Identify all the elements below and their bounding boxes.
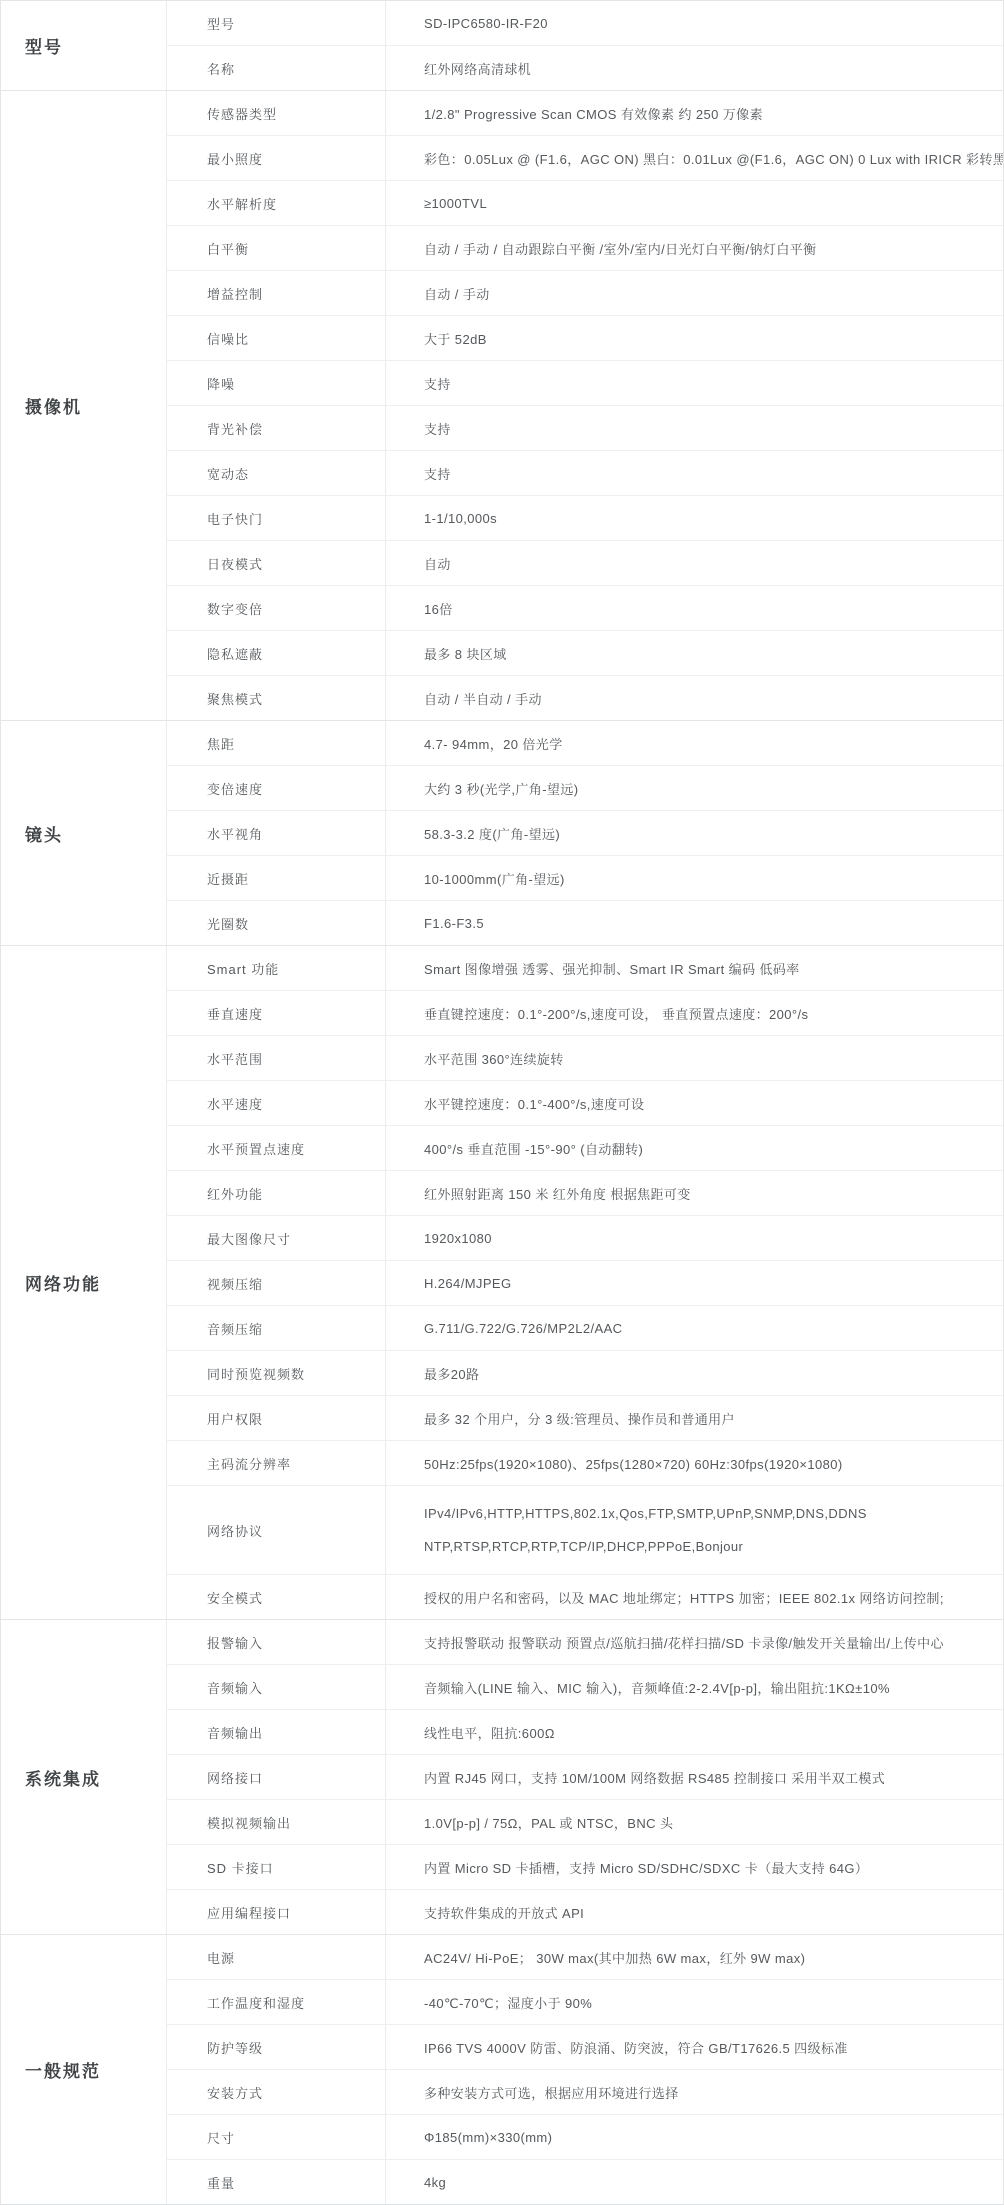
spec-value-cell: 自动 / 手动 [386, 271, 1003, 315]
spec-row: 水平预置点速度400°/s 垂直范围 -15°-90° (自动翻转) [167, 1125, 1003, 1170]
spec-value-cell: 50Hz:25fps(1920×1080)、25fps(1280×720) 60… [386, 1441, 1003, 1485]
spec-label-cell: 音频输入 [167, 1665, 386, 1709]
spec-value-cell: 多种安装方式可选，根据应用环境进行选择 [386, 2070, 1003, 2114]
spec-section: 型号型号SD-IPC6580-IR-F20名称红外网络高清球机 [1, 1, 1003, 90]
spec-label-cell: 重量 [167, 2160, 386, 2204]
spec-label-cell: 传感器类型 [167, 91, 386, 135]
spec-value-cell: 大约 3 秒(光学,广角-望远) [386, 766, 1003, 810]
section-header-cell: 一般规范 [1, 1935, 167, 2204]
section-header-cell: 型号 [1, 1, 167, 90]
spec-row: 视频压缩H.264/MJPEG [167, 1260, 1003, 1305]
spec-section: 一般规范电源AC24V/ Hi-PoE； 30W max(其中加热 6W max… [1, 1934, 1003, 2204]
spec-row: 焦距4.7- 94mm，20 倍光学 [167, 721, 1003, 765]
spec-value-cell: 自动 / 半自动 / 手动 [386, 676, 1003, 720]
spec-row: 近摄距10-1000mm(广角-望远) [167, 855, 1003, 900]
spec-row: 模拟视频输出1.0V[p-p] / 75Ω，PAL 或 NTSC，BNC 头 [167, 1799, 1003, 1844]
spec-row: 背光补偿支持 [167, 405, 1003, 450]
spec-value-cell: Smart 图像增强 透雾、强光抑制、Smart IR Smart 编码 低码率 [386, 946, 1003, 990]
spec-row: 红外功能红外照射距离 150 米 红外角度 根据焦距可变 [167, 1170, 1003, 1215]
spec-section: 镜头焦距4.7- 94mm，20 倍光学变倍速度大约 3 秒(光学,广角-望远)… [1, 720, 1003, 945]
section-header-cell: 镜头 [1, 721, 167, 945]
section-header-cell: 网络功能 [1, 946, 167, 1619]
spec-label-cell: 音频压缩 [167, 1306, 386, 1350]
spec-table: 型号型号SD-IPC6580-IR-F20名称红外网络高清球机摄像机传感器类型1… [0, 0, 1004, 2205]
spec-row: 型号SD-IPC6580-IR-F20 [167, 1, 1003, 45]
spec-row: 工作温度和湿度-40℃-70℃；湿度小于 90% [167, 1979, 1003, 2024]
spec-label-cell: 聚焦模式 [167, 676, 386, 720]
spec-row: 音频输入音频输入(LINE 输入、MIC 输入)，音频峰值:2-2.4V[p-p… [167, 1664, 1003, 1709]
spec-row: 名称红外网络高清球机 [167, 45, 1003, 90]
spec-row: 白平衡自动 / 手动 / 自动跟踪白平衡 /室外/室内/日光灯白平衡/钠灯白平衡 [167, 225, 1003, 270]
spec-value-cell: 内置 Micro SD 卡插槽，支持 Micro SD/SDHC/SDXC 卡（… [386, 1845, 1003, 1889]
spec-value-cell: 最多20路 [386, 1351, 1003, 1395]
section-rows: 传感器类型1/2.8" Progressive Scan CMOS 有效像素 约… [167, 91, 1003, 720]
spec-section: 系统集成报警输入支持报警联动 报警联动 预置点/巡航扫描/花样扫描/SD 卡录像… [1, 1619, 1003, 1934]
spec-label-cell: 音频输出 [167, 1710, 386, 1754]
spec-label-cell: 安全模式 [167, 1575, 386, 1619]
spec-label-cell: 白平衡 [167, 226, 386, 270]
spec-row: 信噪比大于 52dB [167, 315, 1003, 360]
spec-value-cell: -40℃-70℃；湿度小于 90% [386, 1980, 1003, 2024]
spec-value-cell: 内置 RJ45 网口，支持 10M/100M 网络数据 RS485 控制接口 采… [386, 1755, 1003, 1799]
spec-label-cell: 工作温度和湿度 [167, 1980, 386, 2024]
spec-label-cell: 安装方式 [167, 2070, 386, 2114]
spec-value-cell: 自动 [386, 541, 1003, 585]
spec-row: 水平解析度≥1000TVL [167, 180, 1003, 225]
spec-value-cell: F1.6-F3.5 [386, 901, 1003, 945]
spec-label-cell: 隐私遮蔽 [167, 631, 386, 675]
spec-row: 水平视角58.3-3.2 度(广角-望远) [167, 810, 1003, 855]
spec-row: 传感器类型1/2.8" Progressive Scan CMOS 有效像素 约… [167, 91, 1003, 135]
spec-label-cell: 电源 [167, 1935, 386, 1979]
spec-row: 最小照度彩色：0.05Lux @ (F1.6，AGC ON) 黑白：0.01Lu… [167, 135, 1003, 180]
section-rows: Smart 功能Smart 图像增强 透雾、强光抑制、Smart IR Smar… [167, 946, 1003, 1619]
spec-value-cell: H.264/MJPEG [386, 1261, 1003, 1305]
spec-value-cell: ≥1000TVL [386, 181, 1003, 225]
spec-row: 音频压缩G.711/G.722/G.726/MP2L2/AAC [167, 1305, 1003, 1350]
spec-value-cell: 最多 32 个用户，分 3 级:管理员、操作员和普通用户 [386, 1396, 1003, 1440]
spec-row: 最大图像尺寸1920x1080 [167, 1215, 1003, 1260]
spec-value-cell: SD-IPC6580-IR-F20 [386, 1, 1003, 45]
spec-row: 数字变倍16倍 [167, 585, 1003, 630]
spec-row: 报警输入支持报警联动 报警联动 预置点/巡航扫描/花样扫描/SD 卡录像/触发开… [167, 1620, 1003, 1664]
spec-value-cell: 1920x1080 [386, 1216, 1003, 1260]
spec-row: 尺寸Φ185(mm)×330(mm) [167, 2114, 1003, 2159]
spec-value-cell: 自动 / 手动 / 自动跟踪白平衡 /室外/室内/日光灯白平衡/钠灯白平衡 [386, 226, 1003, 270]
spec-value-cell: 彩色：0.05Lux @ (F1.6，AGC ON) 黑白：0.01Lux @(… [386, 136, 1003, 180]
section-header-cell: 系统集成 [1, 1620, 167, 1934]
spec-value-cell: 音频输入(LINE 输入、MIC 输入)，音频峰值:2-2.4V[p-p]，输出… [386, 1665, 1003, 1709]
spec-value-cell: 红外网络高清球机 [386, 46, 1003, 90]
spec-label-cell: 宽动态 [167, 451, 386, 495]
section-header-cell: 摄像机 [1, 91, 167, 720]
spec-value-cell: 红外照射距离 150 米 红外角度 根据焦距可变 [386, 1171, 1003, 1215]
spec-row: 主码流分辨率50Hz:25fps(1920×1080)、25fps(1280×7… [167, 1440, 1003, 1485]
spec-label-cell: 最大图像尺寸 [167, 1216, 386, 1260]
spec-value-cell: 4kg [386, 2160, 1003, 2204]
spec-row: 音频输出线性电平，阻抗:600Ω [167, 1709, 1003, 1754]
spec-row: SD 卡接口内置 Micro SD 卡插槽，支持 Micro SD/SDHC/S… [167, 1844, 1003, 1889]
spec-value-line: NTP,RTSP,RTCP,RTP,TCP/IP,DHCP,PPPoE,Bonj… [424, 1530, 1001, 1563]
spec-value-cell: 水平范围 360°连续旋转 [386, 1036, 1003, 1080]
spec-label-cell: 防护等级 [167, 2025, 386, 2069]
spec-row: 用户权限最多 32 个用户，分 3 级:管理员、操作员和普通用户 [167, 1395, 1003, 1440]
spec-label-cell: Smart 功能 [167, 946, 386, 990]
spec-row: 应用编程接口支持软件集成的开放式 API [167, 1889, 1003, 1934]
spec-value-cell: Φ185(mm)×330(mm) [386, 2115, 1003, 2159]
spec-value-line: IPv4/IPv6,HTTP,HTTPS,802.1x,Qos,FTP,SMTP… [424, 1497, 1001, 1530]
spec-value-cell: 最多 8 块区域 [386, 631, 1003, 675]
spec-row: 网络协议IPv4/IPv6,HTTP,HTTPS,802.1x,Qos,FTP,… [167, 1485, 1003, 1574]
spec-row: 水平速度水平键控速度：0.1°-400°/s,速度可设 [167, 1080, 1003, 1125]
spec-value-cell: 支持软件集成的开放式 API [386, 1890, 1003, 1934]
spec-label-cell: 水平解析度 [167, 181, 386, 225]
spec-value-cell: 水平键控速度：0.1°-400°/s,速度可设 [386, 1081, 1003, 1125]
spec-value-cell: G.711/G.722/G.726/MP2L2/AAC [386, 1306, 1003, 1350]
spec-label-cell: 型号 [167, 1, 386, 45]
spec-value-cell: 16倍 [386, 586, 1003, 630]
spec-label-cell: SD 卡接口 [167, 1845, 386, 1889]
spec-value-cell: 大于 52dB [386, 316, 1003, 360]
spec-label-cell: 水平预置点速度 [167, 1126, 386, 1170]
spec-row: 电源AC24V/ Hi-PoE； 30W max(其中加热 6W max，红外 … [167, 1935, 1003, 1979]
spec-row: 宽动态支持 [167, 450, 1003, 495]
spec-value-cell: 1.0V[p-p] / 75Ω，PAL 或 NTSC，BNC 头 [386, 1800, 1003, 1844]
spec-row: 网络接口内置 RJ45 网口，支持 10M/100M 网络数据 RS485 控制… [167, 1754, 1003, 1799]
spec-label-cell: 变倍速度 [167, 766, 386, 810]
spec-value-cell: 1/2.8" Progressive Scan CMOS 有效像素 约 250 … [386, 91, 1003, 135]
spec-row: 电子快门1-1/10,000s [167, 495, 1003, 540]
spec-label-cell: 名称 [167, 46, 386, 90]
spec-value-cell: 支持报警联动 报警联动 预置点/巡航扫描/花样扫描/SD 卡录像/触发开关量输出… [386, 1620, 1003, 1664]
spec-value-cell: 400°/s 垂直范围 -15°-90° (自动翻转) [386, 1126, 1003, 1170]
spec-label-cell: 水平速度 [167, 1081, 386, 1125]
spec-value-cell: 支持 [386, 406, 1003, 450]
spec-row: 隐私遮蔽最多 8 块区域 [167, 630, 1003, 675]
spec-row: 水平范围水平范围 360°连续旋转 [167, 1035, 1003, 1080]
spec-row: 重量4kg [167, 2159, 1003, 2204]
spec-row: 聚焦模式自动 / 半自动 / 手动 [167, 675, 1003, 720]
spec-label-cell: 尺寸 [167, 2115, 386, 2159]
spec-value-cell: 1-1/10,000s [386, 496, 1003, 540]
spec-value-cell: 支持 [386, 361, 1003, 405]
spec-label-cell: 近摄距 [167, 856, 386, 900]
spec-row: 同时预览视频数最多20路 [167, 1350, 1003, 1395]
spec-label-cell: 同时预览视频数 [167, 1351, 386, 1395]
spec-label-cell: 红外功能 [167, 1171, 386, 1215]
spec-value-cell: AC24V/ Hi-PoE； 30W max(其中加热 6W max，红外 9W… [386, 1935, 1003, 1979]
spec-value-cell: 4.7- 94mm，20 倍光学 [386, 721, 1003, 765]
spec-section: 网络功能Smart 功能Smart 图像增强 透雾、强光抑制、Smart IR … [1, 945, 1003, 1619]
spec-value-cell: 58.3-3.2 度(广角-望远) [386, 811, 1003, 855]
spec-label-cell: 背光补偿 [167, 406, 386, 450]
spec-label-cell: 报警输入 [167, 1620, 386, 1664]
section-rows: 焦距4.7- 94mm，20 倍光学变倍速度大约 3 秒(光学,广角-望远)水平… [167, 721, 1003, 945]
section-rows: 报警输入支持报警联动 报警联动 预置点/巡航扫描/花样扫描/SD 卡录像/触发开… [167, 1620, 1003, 1934]
spec-label-cell: 垂直速度 [167, 991, 386, 1035]
spec-row: 安全模式授权的用户名和密码，以及 MAC 地址绑定；HTTPS 加密；IEEE … [167, 1574, 1003, 1619]
spec-section: 摄像机传感器类型1/2.8" Progressive Scan CMOS 有效像… [1, 90, 1003, 720]
spec-label-cell: 模拟视频输出 [167, 1800, 386, 1844]
spec-row: 防护等级IP66 TVS 4000V 防雷、防浪涌、防突波，符合 GB/T176… [167, 2024, 1003, 2069]
spec-row: 光圈数F1.6-F3.5 [167, 900, 1003, 945]
spec-label-cell: 数字变倍 [167, 586, 386, 630]
spec-row: Smart 功能Smart 图像增强 透雾、强光抑制、Smart IR Smar… [167, 946, 1003, 990]
spec-label-cell: 焦距 [167, 721, 386, 765]
spec-label-cell: 降噪 [167, 361, 386, 405]
spec-label-cell: 应用编程接口 [167, 1890, 386, 1934]
spec-row: 降噪支持 [167, 360, 1003, 405]
spec-label-cell: 网络协议 [167, 1486, 386, 1574]
spec-label-cell: 光圈数 [167, 901, 386, 945]
section-rows: 电源AC24V/ Hi-PoE； 30W max(其中加热 6W max，红外 … [167, 1935, 1003, 2204]
spec-row: 变倍速度大约 3 秒(光学,广角-望远) [167, 765, 1003, 810]
spec-value-cell: 线性电平，阻抗:600Ω [386, 1710, 1003, 1754]
spec-label-cell: 水平视角 [167, 811, 386, 855]
spec-value-cell: 授权的用户名和密码，以及 MAC 地址绑定；HTTPS 加密；IEEE 802.… [386, 1575, 1003, 1619]
spec-label-cell: 日夜模式 [167, 541, 386, 585]
spec-value-cell: 支持 [386, 451, 1003, 495]
spec-label-cell: 最小照度 [167, 136, 386, 180]
spec-row: 日夜模式自动 [167, 540, 1003, 585]
spec-label-cell: 电子快门 [167, 496, 386, 540]
spec-value-cell: IPv4/IPv6,HTTP,HTTPS,802.1x,Qos,FTP,SMTP… [386, 1486, 1003, 1574]
spec-label-cell: 用户权限 [167, 1396, 386, 1440]
spec-value-cell: 10-1000mm(广角-望远) [386, 856, 1003, 900]
spec-value-cell: 垂直键控速度：0.1°-200°/s,速度可设， 垂直预置点速度：200°/s [386, 991, 1003, 1035]
spec-label-cell: 增益控制 [167, 271, 386, 315]
spec-row: 垂直速度垂直键控速度：0.1°-200°/s,速度可设， 垂直预置点速度：200… [167, 990, 1003, 1035]
spec-label-cell: 网络接口 [167, 1755, 386, 1799]
section-rows: 型号SD-IPC6580-IR-F20名称红外网络高清球机 [167, 1, 1003, 90]
spec-row: 增益控制自动 / 手动 [167, 270, 1003, 315]
spec-row: 安装方式多种安装方式可选，根据应用环境进行选择 [167, 2069, 1003, 2114]
spec-value-cell: IP66 TVS 4000V 防雷、防浪涌、防突波，符合 GB/T17626.5… [386, 2025, 1003, 2069]
spec-label-cell: 水平范围 [167, 1036, 386, 1080]
spec-label-cell: 信噪比 [167, 316, 386, 360]
spec-label-cell: 主码流分辨率 [167, 1441, 386, 1485]
spec-label-cell: 视频压缩 [167, 1261, 386, 1305]
